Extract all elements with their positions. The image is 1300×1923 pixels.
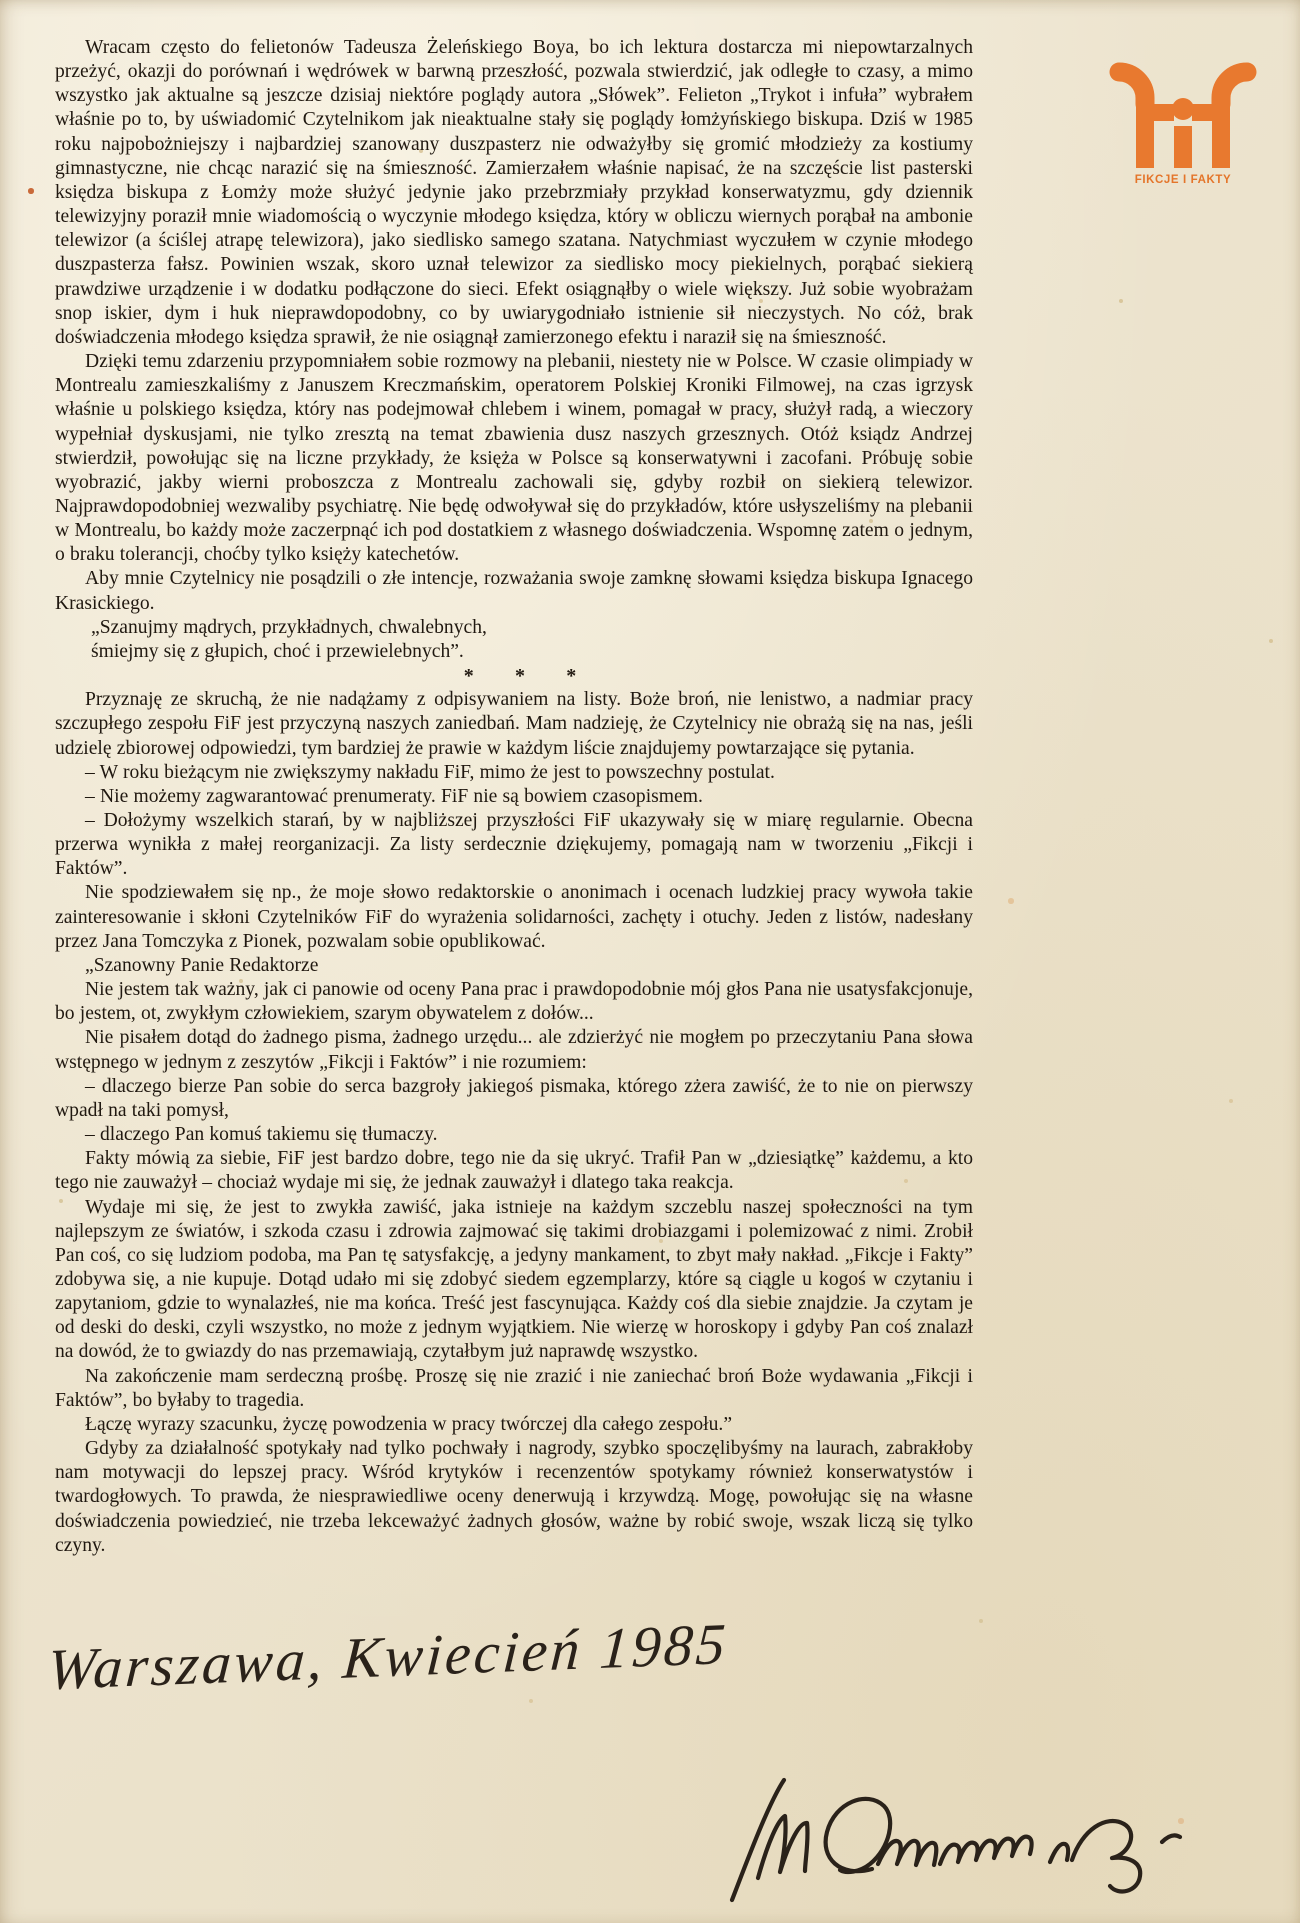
fif-logo: FIKCJE I FAKTY [1100, 46, 1266, 186]
article-paragraph: Fakty mówią za siebie, FiF jest bardzo d… [55, 1147, 973, 1195]
quote-line: śmiejmy się z głupich, choć i przewieleb… [91, 640, 973, 664]
article-paragraph: Wracam często do felietonów Tadeusza Żel… [55, 36, 973, 350]
letter-salutation: „Szanowny Panie Redaktorze [55, 954, 973, 978]
article-body: Wracam często do felietonów Tadeusza Żel… [55, 36, 973, 1558]
section-separator: * * * [55, 664, 973, 688]
article-paragraph: Gdyby za działalność spotykały nad tylko… [55, 1437, 973, 1558]
signature-scrawl [726, 1772, 1206, 1907]
article-paragraph: Łączę wyrazy szacunku, życzę powodzenia … [55, 1413, 973, 1437]
article-paragraph: Na zakończenie mam serdeczną prośbę. Pro… [55, 1365, 973, 1413]
paper-speckles [0, 0, 2, 2]
article-paragraph: Aby mnie Czytelnicy nie posądzili o złe … [55, 567, 973, 615]
article-paragraph: Wydaje mi się, że jest to zwykła zawiść,… [55, 1196, 973, 1365]
article-paragraph: Nie spodziewałem się np., że moje słowo … [55, 881, 973, 953]
article-paragraph: Nie pisałem dotąd do żadnego pisma, żadn… [55, 1026, 973, 1074]
list-item-dash: – dlaczego Pan komuś takiemu się tłumacz… [55, 1123, 973, 1147]
article-paragraph: Nie jestem tak ważny, jak ci panowie od … [55, 978, 973, 1026]
logo-caption: FIKCJE I FAKTY [1100, 174, 1266, 186]
quote-line: „Szanujmy mądrych, przykładnych, chwaleb… [91, 616, 973, 640]
list-item-dash: – Nie możemy zagwarantować prenumeraty. … [55, 785, 973, 809]
fif-monogram-icon [1108, 46, 1258, 168]
article-paragraph: Przyznaję ze skruchą, że nie nadążamy z … [55, 688, 973, 760]
handwritten-date: Warszawa, Kwiecień 1985 [46, 1608, 770, 1703]
list-item-dash: – dlaczego bierze Pan sobie do serca baz… [55, 1075, 973, 1123]
list-item-dash: – W roku bieżącym nie zwiększymy nakładu… [55, 761, 973, 785]
article-paragraph: Dzięki temu zdarzeniu przypomniałem sobi… [55, 350, 973, 567]
list-item-dash: – Dołożymy wszelkich starań, by w najbli… [55, 809, 973, 881]
